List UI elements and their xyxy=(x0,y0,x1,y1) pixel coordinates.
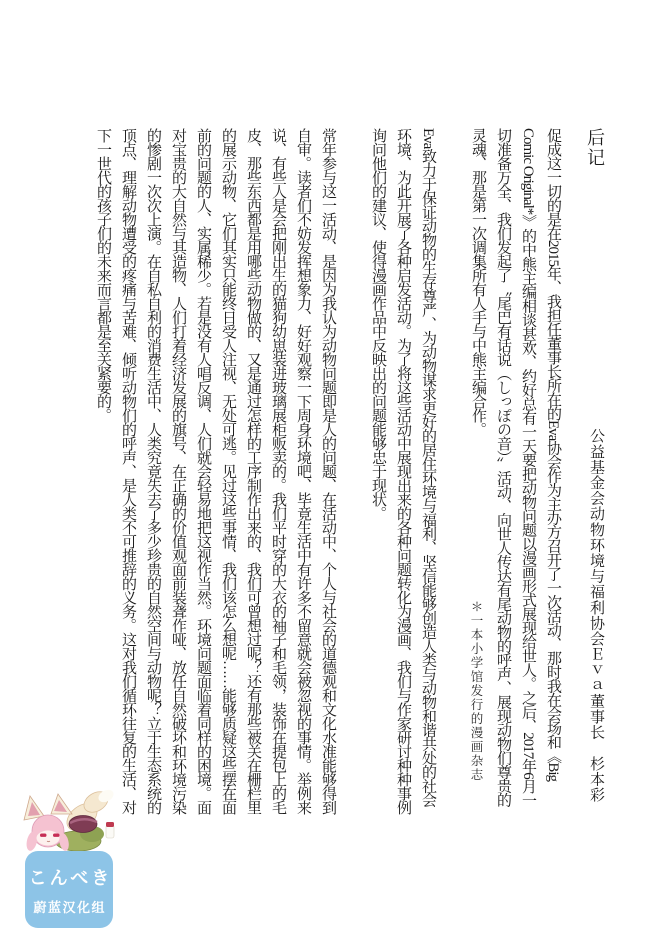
fox-girl-head-icon xyxy=(25,815,71,852)
scanlation-badge: こんべき 蔚蓝汉化组 xyxy=(25,851,113,928)
shell-bag-icon xyxy=(69,816,97,833)
afterword-body: 促成这一切的是在2015年、我担任董事长所在的Eva协会作为主办方召开了一次活动… xyxy=(90,128,565,818)
group-name-chinese: 蔚蓝汉化组 xyxy=(32,897,106,916)
author-attribution: 公益基金会动物环境与福利协会Ｅｖａ董事长 杉本彩 xyxy=(585,428,607,802)
paragraph-3: 常年参与这一活动、是因为我认为动物问题即是人的问题、在活动中、个人与社会的道德观… xyxy=(90,128,340,818)
group-name-japanese: こんべき xyxy=(26,864,113,890)
scanlation-watermark: こんべき 蔚蓝汉化组 xyxy=(0,780,140,940)
manga-afterword-page: 后记 公益基金会动物环境与福利协会Ｅｖａ董事长 杉本彩 促成这一切的是在2015… xyxy=(0,0,667,946)
page-title: 后记 xyxy=(583,128,606,168)
paragraph-2: Eva致力于保证动物的生存尊严、为动物谋求更好的居住环境与福利、坚信能够创造人类… xyxy=(365,128,440,818)
fox-girl-mascot-icon xyxy=(20,789,120,853)
footnote: ＊一本小学馆发行的漫画杂志 xyxy=(469,600,483,782)
charm-icon xyxy=(106,822,114,838)
